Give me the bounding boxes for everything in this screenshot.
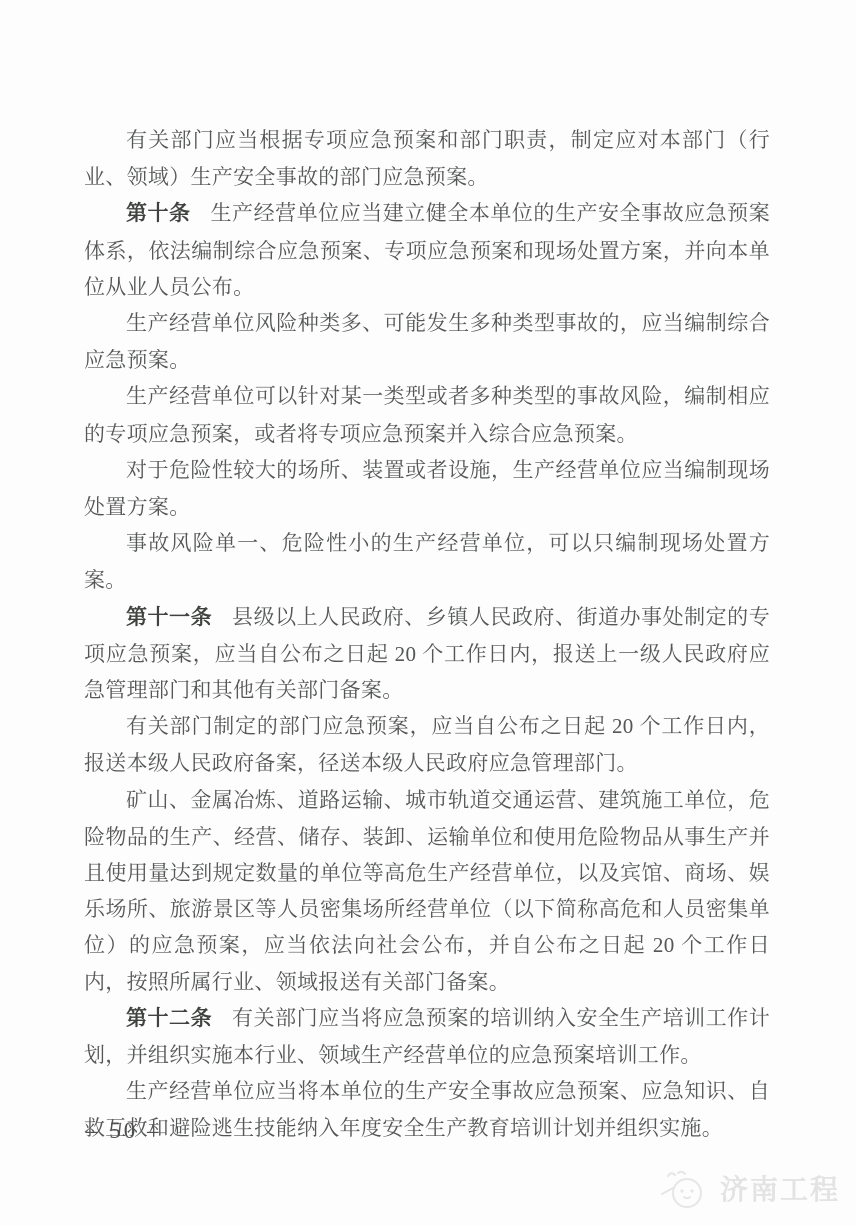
article-number: 第十一条	[126, 606, 212, 629]
watermark: 济南工程	[654, 1166, 840, 1210]
paragraph-text: 有关部门制定的部门应急预案，应当自公布之日起 20 个工作日内，报送本级人民政府…	[84, 714, 770, 775]
paragraph: 第十一条县级以上人民政府、乡镇人民政府、街道办事处制定的专项应急预案，应当自公布…	[84, 599, 770, 709]
paragraph: 第十条生产经营单位应当建立健全本单位的生产安全事故应急预案体系，依法编制综合应急…	[84, 195, 770, 305]
paragraph-text: 事故风险单一、危险性小的生产经营单位，可以只编制现场处置方案。	[84, 531, 770, 592]
document-page: 有关部门应当根据专项应急预案和部门职责，制定应对本部门（行业、领域）生产安全事故…	[0, 0, 856, 1225]
paragraph: 矿山、金属冶炼、道路运输、城市轨道交通运营、建筑施工单位，危险物品的生产、经营、…	[84, 782, 770, 1000]
article-number: 第十条	[126, 202, 191, 225]
paragraph: 有关部门制定的部门应急预案，应当自公布之日起 20 个工作日内，报送本级人民政府…	[84, 708, 770, 781]
paragraph-text: 矿山、金属冶炼、道路运输、城市轨道交通运营、建筑施工单位，危险物品的生产、经营、…	[84, 788, 770, 994]
paragraph-text: 生产经营单位可以针对某一类型或者多种类型的事故风险，编制相应的专项应急预案，或者…	[84, 384, 770, 445]
document-body: 有关部门应当根据专项应急预案和部门职责，制定应对本部门（行业、领域）生产安全事故…	[84, 122, 770, 1147]
paragraph: 生产经营单位应当将本单位的生产安全事故应急预案、应急知识、自救互救和避险逃生技能…	[84, 1073, 770, 1146]
paragraph: 对于危险性较大的场所、装置或者设施，生产经营单位应当编制现场处置方案。	[84, 452, 770, 525]
paragraph: 有关部门应当根据专项应急预案和部门职责，制定应对本部门（行业、领域）生产安全事故…	[84, 122, 770, 195]
paragraph-text: 生产经营单位应当将本单位的生产安全事故应急预案、应急知识、自救互救和避险逃生技能…	[84, 1079, 770, 1140]
mascot-logo-icon	[654, 1166, 712, 1210]
paragraph-text: 生产经营单位风险种类多、可能发生多种类型事故的，应当编制综合应急预案。	[84, 311, 770, 372]
watermark-label: 济南工程	[720, 1168, 840, 1208]
page-number: – 50 –	[86, 1118, 162, 1144]
paragraph: 事故风险单一、危险性小的生产经营单位，可以只编制现场处置方案。	[84, 525, 770, 598]
paragraph: 第十二条有关部门应当将应急预案的培训纳入安全生产培训工作计划，并组织实施本行业、…	[84, 1000, 770, 1073]
paragraph: 生产经营单位可以针对某一类型或者多种类型的事故风险，编制相应的专项应急预案，或者…	[84, 378, 770, 451]
paragraph-text: 对于危险性较大的场所、装置或者设施，生产经营单位应当编制现场处置方案。	[84, 458, 770, 519]
article-number: 第十二条	[126, 1007, 212, 1030]
paragraph-text: 有关部门应当根据专项应急预案和部门职责，制定应对本部门（行业、领域）生产安全事故…	[84, 128, 770, 189]
paragraph: 生产经营单位风险种类多、可能发生多种类型事故的，应当编制综合应急预案。	[84, 305, 770, 378]
